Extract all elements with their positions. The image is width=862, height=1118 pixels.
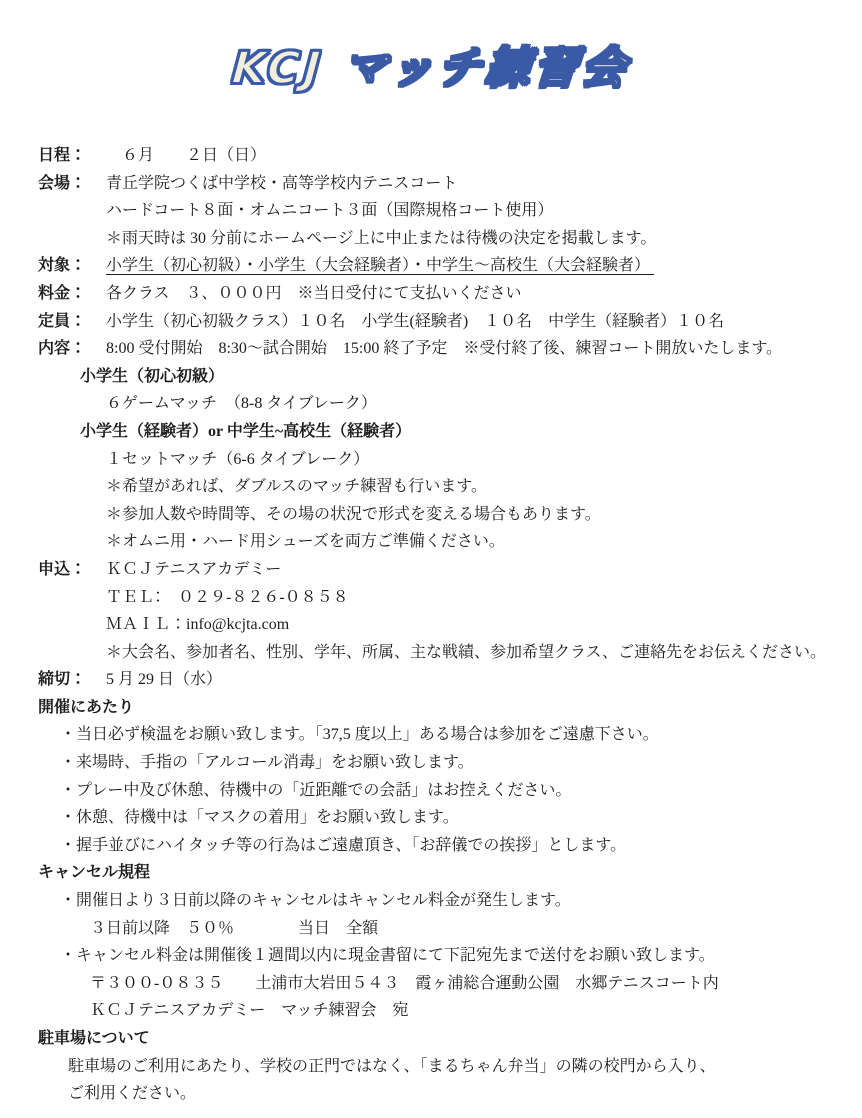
section-heading: キャンセル規程 [0,859,862,887]
paragraph-line: 駐車場のご利用にあたり、学校の正門ではなく、「まるちゃん弁当」の隣の校門から入り… [0,1053,862,1081]
document-body: 日程： ６月 ２日（日）会場：青丘学院つくば中学校・高等学校内テニスコートハード… [0,142,862,1108]
field-label: 申込： [38,556,106,584]
line-text: ＫＣＪテニスアカデミー [106,561,281,578]
line-text: ・休憩、待機中は「マスクの着用」をお願い致します。 [60,809,459,826]
field-row: 会場：青丘学院つくば中学校・高等学校内テニスコート [0,170,862,198]
field-label: 内容： [38,335,106,363]
line-text: ６月 ２日（日） [106,147,266,164]
continuation-line: ＊大会名、参加者名、性別、学年、所属、主な戦績、参加希望クラス、ご連絡先をお伝え… [0,639,862,667]
line-text: 小学生（初心初級）・小学生（大会経験者）・中学生～高校生（大会経験者） [106,257,654,274]
section-heading: 開催にあたり [0,694,862,722]
field-row: 料金：各クラス ３、０００円 ※当日受付にて支払いください [0,280,862,308]
line-text: ・キャンセル料金は開催後１週間以内に現金書留にて下記宛先まで送付をお願い致します… [60,947,715,964]
line-text: ・当日必ず検温をお願い致します。「37,5 度以上」ある場合は参加をご遠慮下さい… [60,726,659,743]
field-label: 日程： [38,142,106,170]
bullet-item: ・キャンセル料金は開催後１週間以内に現金書留にて下記宛先まで送付をお願い致します… [0,942,862,970]
field-row: 対象：小学生（初心初級）・小学生（大会経験者）・中学生～高校生（大会経験者） [0,252,862,280]
continuation-line: ＊希望があれば、ダブルスのマッチ練習も行います。 [0,473,862,501]
field-label: 定員： [38,308,106,336]
line-text: 各クラス ３、０００円 ※当日受付にて支払いください [106,285,522,302]
field-label: 対象： [38,252,106,280]
continuation-line: ハードコート８面・オムニコート３面（国際規格コート使用） [0,197,862,225]
field-row: 申込：ＫＣＪテニスアカデミー [0,556,862,584]
class-subheading: 小学生（経験者）or 中学生~高校生（経験者） [0,418,862,446]
line-text: ＭＡＩＬ：info@kcjta.com [106,616,289,633]
line-text: ＊雨天時は 30 分前にホームページ上に中止または待機の決定を掲載します。 [106,230,656,247]
field-label: 会場： [38,170,106,198]
paragraph-line: ご利用ください。 [0,1080,862,1108]
bullet-item: ・握手並びにハイタッチ等の行為はご遠慮頂き、「お辞儀での挨拶」とします。 [0,832,862,860]
detail-line: 〒３００‐０８３５ 土浦市大岩田５４３ 霞ヶ浦総合運動公園 水郷テニスコート内 [0,970,862,998]
line-text: ６ゲームマッチ （8-8 タイブレーク） [106,395,377,412]
line-text: ＴＥＬ： ０２９‐８２６‐０８５８ [106,589,349,606]
continuation-line: １セットマッチ（6-6 タイブレーク） [0,446,862,474]
bullet-item: ・休憩、待機中は「マスクの着用」をお願い致します。 [0,804,862,832]
continuation-line: ＭＡＩＬ：info@kcjta.com [0,611,862,639]
class-subheading: 小学生（初心初級） [0,363,862,391]
title-area: KCJ マッチ練習会 [0,0,862,102]
line-text: １セットマッチ（6-6 タイブレーク） [106,451,369,468]
line-text: ・来場時、手指の「アルコール消毒」をお願い致します。 [60,754,474,771]
bullet-item: ・開催日より３日前以降のキャンセルはキャンセル料金が発生します。 [0,887,862,915]
continuation-line: ＴＥＬ： ０２９‐８２６‐０８５８ [0,584,862,612]
line-text: ・握手並びにハイタッチ等の行為はご遠慮頂き、「お辞儀での挨拶」とします。 [60,837,626,854]
line-text: ご利用ください。 [68,1085,196,1102]
continuation-line: ＊オムニ用・ハード用シューズを両方ご準備ください。 [0,528,862,556]
line-text: ハードコート８面・オムニコート３面（国際規格コート使用） [106,202,553,219]
line-text: ＫＣＪテニスアカデミー マッチ練習会 宛 [90,1002,409,1019]
line-text: ＊希望があれば、ダブルスのマッチ練習も行います。 [106,478,487,495]
continuation-line: ＊参加人数や時間等、その場の状況で形式を変える場合もあります。 [0,501,862,529]
line-text: 〒３００‐０８３５ 土浦市大岩田５４３ 霞ヶ浦総合運動公園 水郷テニスコート内 [90,975,719,992]
bullet-item: ・当日必ず検温をお願い致します。「37,5 度以上」ある場合は参加をご遠慮下さい… [0,721,862,749]
line-text: 小学生（初心初級クラス）１０名 小学生(経験者) １０名 中学生（経験者）１０名 [106,313,724,330]
field-row: 内容：8:00 受付開始 8:30～試合開始 15:00 終了予定 ※受付終了後… [0,335,862,363]
line-text: 青丘学院つくば中学校・高等学校内テニスコート [106,175,457,192]
line-text: ＊参加人数や時間等、その場の状況で形式を変える場合もあります。 [106,506,601,523]
continuation-line: ＊雨天時は 30 分前にホームページ上に中止または待機の決定を掲載します。 [0,225,862,253]
field-row: 締切：5 月 29 日（水） [0,666,862,694]
line-text: 駐車場のご利用にあたり、学校の正門ではなく、「まるちゃん弁当」の隣の校門から入り… [68,1058,716,1075]
line-text: 小学生（経験者）or 中学生~高校生（経験者） [80,423,411,440]
line-text: 駐車場について [38,1030,150,1047]
bullet-item: ・プレー中及び休憩、待機中の「近距離での会話」はお控えください。 [0,777,862,805]
continuation-line: ６ゲームマッチ （8-8 タイブレーク） [0,390,862,418]
line-text: 開催にあたり [38,699,134,716]
line-text: キャンセル規程 [38,864,150,881]
detail-line: ＫＣＪテニスアカデミー マッチ練習会 宛 [0,997,862,1025]
bullet-item: ・来場時、手指の「アルコール消毒」をお願い致します。 [0,749,862,777]
field-label: 締切： [38,666,106,694]
section-heading: 駐車場について [0,1025,862,1053]
line-text: ３日前以降 ５０％ 当日 全額 [90,920,378,937]
detail-line: ３日前以降 ５０％ 当日 全額 [0,915,862,943]
page-title: KCJ マッチ練習会 [230,36,632,102]
field-row: 定員：小学生（初心初級クラス）１０名 小学生(経験者) １０名 中学生（経験者）… [0,308,862,336]
line-text: ・プレー中及び休憩、待機中の「近距離での会話」はお控えください。 [60,782,571,799]
line-text: ＊大会名、参加者名、性別、学年、所属、主な戦績、参加希望クラス、ご連絡先をお伝え… [106,644,826,661]
line-text: 小学生（初心初級） [80,368,224,385]
line-text: ＊オムニ用・ハード用シューズを両方ご準備ください。 [106,533,505,550]
line-text: 8:00 受付開始 8:30～試合開始 15:00 終了予定 ※受付終了後、練習… [106,340,782,357]
field-label: 料金： [38,280,106,308]
line-text: 5 月 29 日（水） [106,671,222,688]
line-text: ・開催日より３日前以降のキャンセルはキャンセル料金が発生します。 [60,892,571,909]
field-row: 日程： ６月 ２日（日） [0,142,862,170]
